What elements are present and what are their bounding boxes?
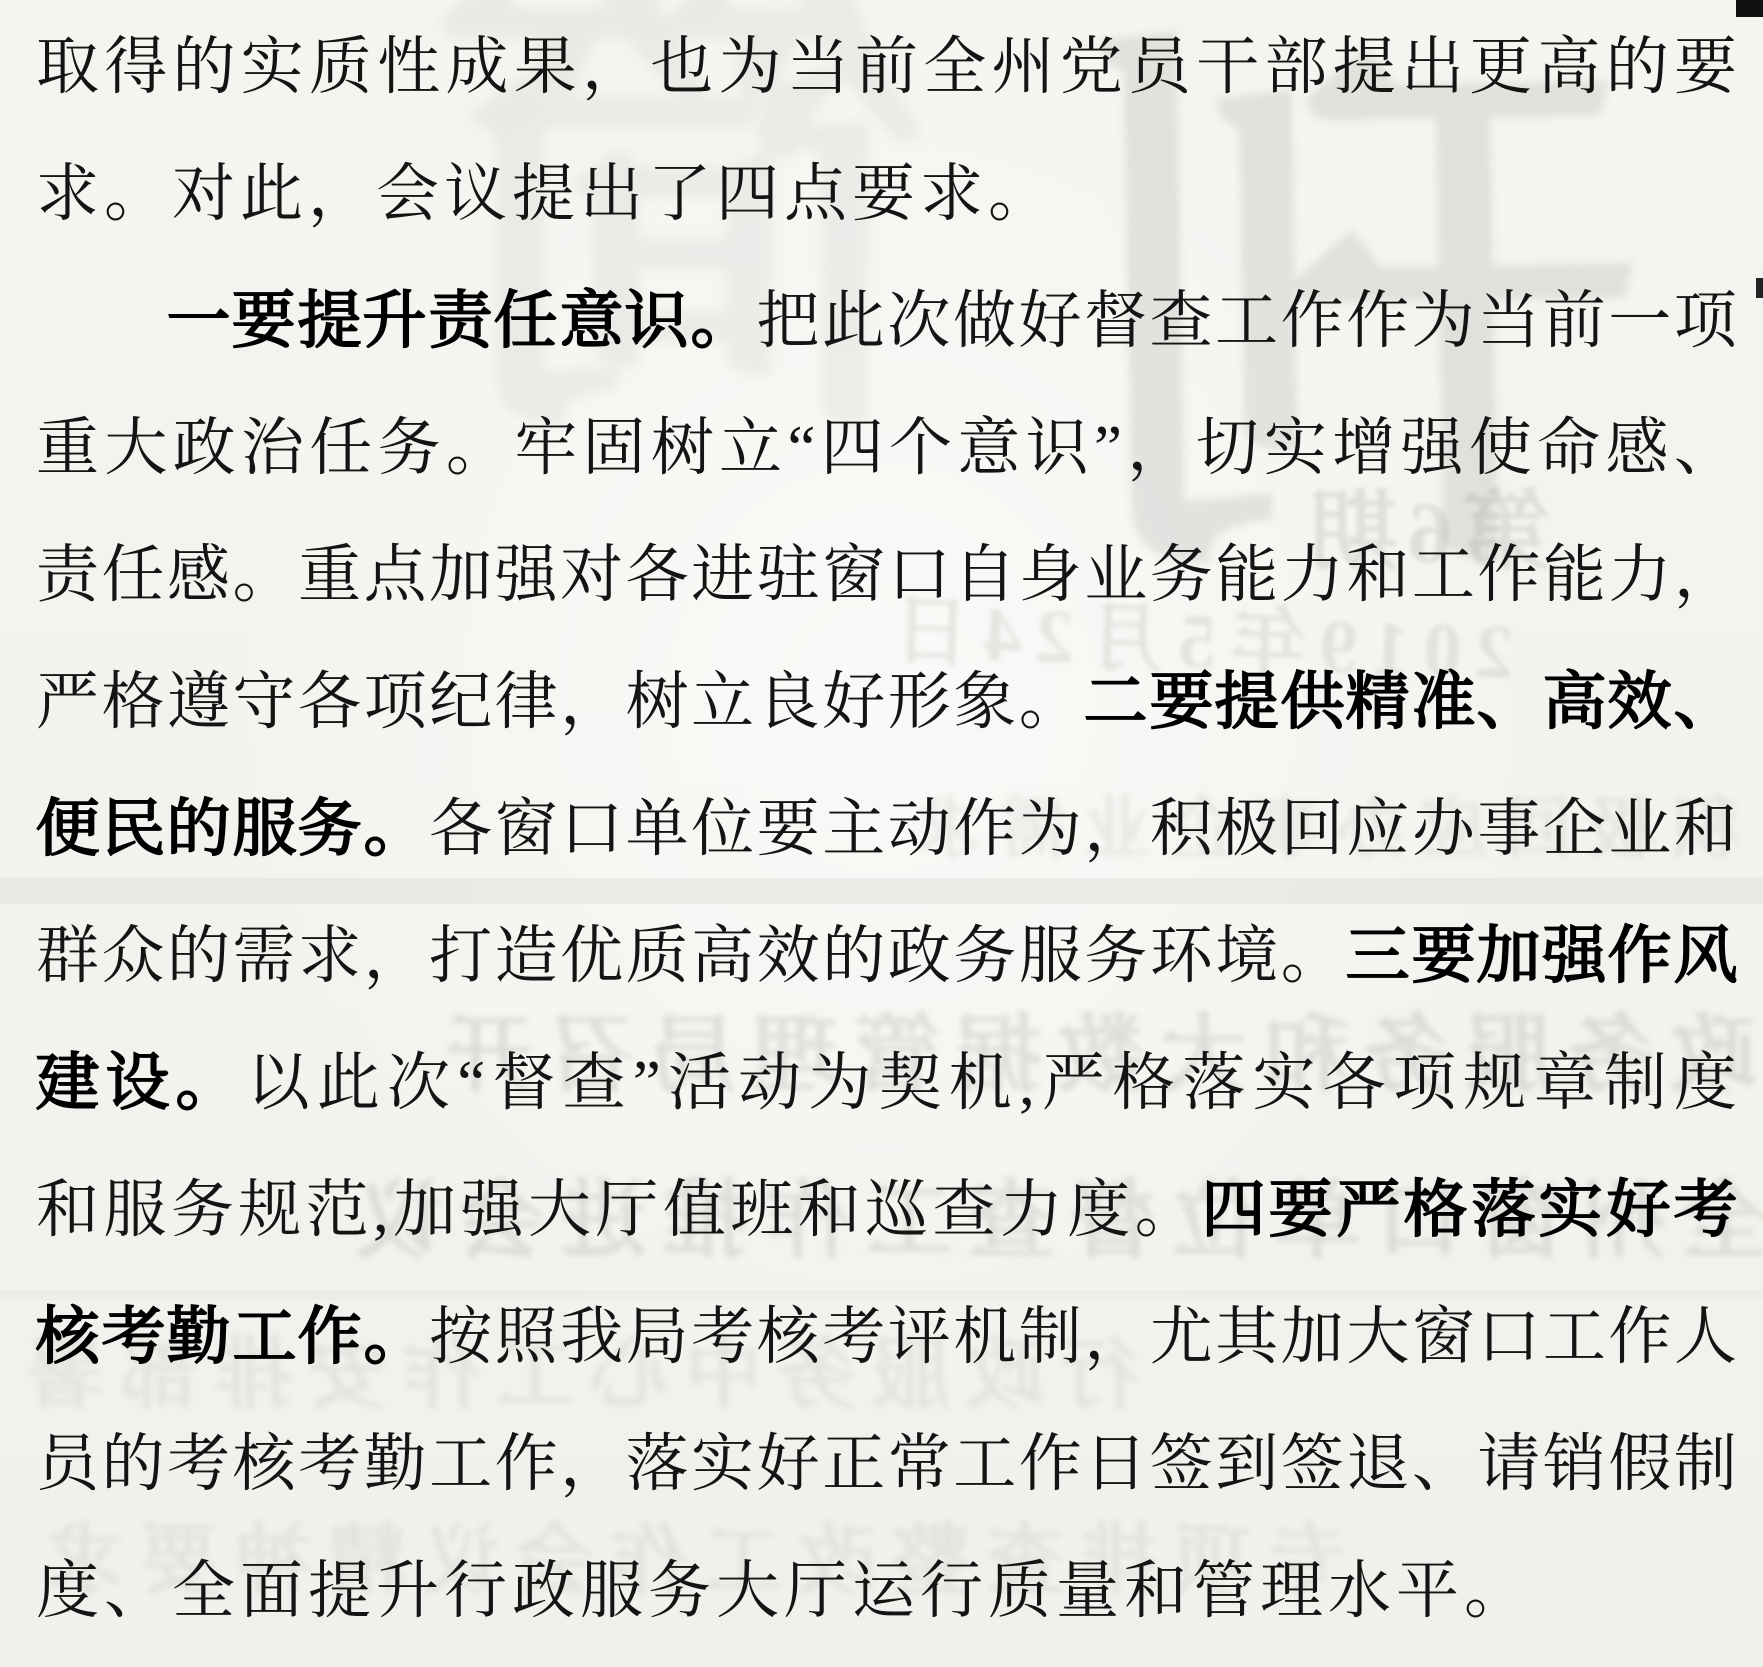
bold-char: 作 (297, 1306, 361, 1369)
bold-char: 的 (166, 798, 230, 861)
char: 规 (1463, 1052, 1526, 1115)
char: 业 (1608, 798, 1671, 861)
char: 。 (233, 544, 296, 607)
bold-char: 提 (1215, 671, 1279, 734)
char: 前 (855, 36, 918, 99)
char: 出 (580, 163, 643, 226)
char: 动 (738, 1052, 801, 1115)
char: 次 (387, 1052, 450, 1115)
char: 造 (495, 925, 558, 988)
char: 强 (461, 1179, 524, 1242)
char: 按 (429, 1306, 492, 1369)
bold-char: 强 (1542, 925, 1606, 988)
char: 实 (1253, 1052, 1316, 1115)
char: 为 (719, 36, 782, 99)
char: 治 (241, 417, 304, 480)
char: 做 (953, 290, 1016, 353)
bold-char: 作 (1608, 925, 1672, 988)
char: 树 (651, 417, 714, 480)
bold-char: 格 (1404, 1179, 1468, 1242)
text-line: 求。对此，会议提出了四点要求。 (36, 131, 1737, 258)
char: 厅 (595, 1179, 658, 1242)
char: 工 (1543, 1306, 1606, 1369)
char: 我 (560, 1306, 623, 1369)
char: 人 (1674, 1306, 1737, 1369)
char: ， (560, 671, 623, 734)
char: 应 (1346, 798, 1409, 861)
char: “ (457, 1052, 485, 1115)
text-line: 建设。以此次“督查”活动为契机,严格落实各项规章制度 (36, 1020, 1737, 1147)
char: 成 (446, 36, 509, 99)
bold-char: 勤 (166, 1306, 230, 1369)
char: 窗 (1412, 1306, 1475, 1369)
char: 核 (757, 1306, 820, 1369)
char: 务 (378, 417, 441, 480)
char: 务 (171, 1179, 234, 1242)
bold-char: 考 (1673, 1179, 1737, 1242)
char: 规 (238, 1179, 301, 1242)
char: 和 (798, 1179, 861, 1242)
char: 好 (822, 671, 885, 734)
char: 行 (444, 1560, 507, 1623)
char: 照 (495, 1306, 558, 1369)
char: 办 (1412, 798, 1475, 861)
char: 树 (626, 671, 689, 734)
char: 格 (1112, 1052, 1175, 1115)
char: 感 (1605, 417, 1668, 480)
char: 签 (1150, 1433, 1213, 1496)
char: 业 (1084, 544, 1147, 607)
bold-char: 。 (690, 290, 754, 353)
char: 力 (1281, 544, 1344, 607)
char: 环 (1150, 925, 1213, 988)
char: 的 (102, 1433, 165, 1496)
char: 加 (1281, 1306, 1344, 1369)
char: 立 (691, 671, 754, 734)
char: 口 (888, 544, 951, 607)
char: ， (1674, 544, 1737, 607)
char: 尤 (1150, 1306, 1213, 1369)
char: 的 (822, 925, 885, 988)
char: 点 (364, 544, 427, 607)
char: 求 (920, 163, 983, 226)
char: 面 (240, 1560, 303, 1623)
char: 督 (1084, 290, 1147, 353)
char: 到 (1215, 1433, 1278, 1496)
char: 。 (1019, 671, 1082, 734)
char: 水 (1328, 1560, 1391, 1623)
char: 制 (1019, 1306, 1082, 1369)
text-line: 群众的需求，打造优质高效的政务服务环境。三要加强作风 (36, 893, 1737, 1020)
char: 主 (822, 798, 885, 861)
scan-corner-mark (1736, 0, 1763, 17)
char: 前 (1543, 290, 1606, 353)
char: 高 (1538, 36, 1601, 99)
char: 工 (953, 1433, 1016, 1496)
char: 员 (36, 1433, 99, 1496)
text-line: 员的考核考勤工作，落实好正常工作日签到签退、请销假制 (36, 1401, 1737, 1528)
bold-char: 工 (232, 1306, 296, 1369)
char: 要 (852, 163, 915, 226)
char: 的 (167, 925, 230, 988)
text-line: 责任感。重点加强对各进驻窗口自身业务能力和工作能力， (36, 512, 1737, 639)
bold-char: 便 (35, 798, 99, 861)
char: 值 (663, 1179, 726, 1242)
char: 。 (446, 417, 509, 480)
bold-char: 识 (625, 290, 689, 353)
char: ， (1084, 1306, 1147, 1369)
char: 和 (1124, 1560, 1187, 1623)
bold-char: 考 (101, 1306, 165, 1369)
char: 政 (173, 417, 236, 480)
char: 为 (1019, 798, 1082, 861)
char: 加 (393, 1179, 456, 1242)
bold-char: 精 (1346, 671, 1410, 734)
char: 出 (1401, 36, 1464, 99)
char: 作 (1019, 1433, 1082, 1496)
char: 提 (512, 163, 575, 226)
char: 查 (563, 1052, 626, 1115)
char: 能 (1543, 544, 1606, 607)
char: 口 (1477, 1306, 1540, 1369)
bold-char: 要 (1269, 1179, 1333, 1242)
char: 管 (1192, 1560, 1255, 1623)
char: 度 (1067, 1179, 1130, 1242)
char: 企 (1543, 798, 1606, 861)
char: 固 (583, 417, 646, 480)
bold-char: 。 (176, 1052, 240, 1115)
char: 班 (730, 1179, 793, 1242)
char: 以 (247, 1052, 310, 1115)
char: 更 (1469, 36, 1532, 99)
bold-char: 准 (1411, 671, 1475, 734)
char: 此 (317, 1052, 380, 1115)
char: 制 (1674, 1433, 1737, 1496)
bold-char: 建 (35, 1052, 99, 1115)
char: 作 (1346, 290, 1409, 353)
char: 签 (1281, 1433, 1344, 1496)
char: 高 (691, 925, 754, 988)
char: 当 (1477, 290, 1540, 353)
char: 强 (1401, 417, 1464, 480)
char: 理 (1260, 1560, 1323, 1623)
char: 位 (691, 798, 754, 861)
bold-char: 提 (297, 290, 361, 353)
bold-char: 设 (106, 1052, 170, 1115)
char: ， (560, 1433, 623, 1496)
char: 求 (36, 163, 99, 226)
char: 群 (36, 925, 99, 988)
char: 正 (822, 1433, 885, 1496)
char: 四 (821, 417, 884, 480)
char: 大 (528, 1179, 591, 1242)
char: 回 (1281, 798, 1344, 861)
char: 大 (716, 1560, 779, 1623)
char: 议 (444, 163, 507, 226)
char: 要 (757, 798, 820, 861)
char: 命 (1537, 417, 1600, 480)
char: 对 (560, 544, 623, 607)
char: 和 (1346, 544, 1409, 607)
char: 工 (1215, 290, 1278, 353)
char: 单 (626, 798, 689, 861)
char: 极 (1215, 798, 1278, 861)
char: 作 (1608, 1306, 1671, 1369)
char: , (373, 1179, 389, 1242)
char: ， (1127, 417, 1190, 480)
char: 的 (1606, 36, 1669, 99)
char: 重 (36, 417, 99, 480)
bold-char: 意 (559, 290, 623, 353)
char: 干 (1196, 36, 1259, 99)
char: 牢 (514, 417, 577, 480)
text-line: 一要提升责任意识。把此次做好督查工作作为当前一项 (36, 258, 1737, 385)
char: 制 (1604, 1052, 1667, 1115)
bold-char: 。 (363, 1306, 427, 1369)
char: 质 (988, 1560, 1051, 1623)
char: 全 (923, 36, 986, 99)
char: 机 (949, 1052, 1012, 1115)
char: 、 (1412, 1433, 1475, 1496)
char: 运 (852, 1560, 915, 1623)
bold-char: 升 (362, 290, 426, 353)
text-line: 严格遵守各项纪律，树立良好形象。二要提供精准、高效、 (36, 639, 1737, 766)
bold-char: 一 (166, 290, 230, 353)
char: 此 (822, 290, 885, 353)
bold-char: 效 (1608, 671, 1672, 734)
bold-char: 务 (297, 798, 361, 861)
char: ， (1084, 798, 1147, 861)
char: 党 (1060, 36, 1123, 99)
char: 评 (888, 1306, 951, 1369)
char: 考 (822, 1306, 885, 1369)
char: , (1019, 1052, 1035, 1115)
char: 重 (298, 544, 361, 607)
bold-char: 、 (1673, 671, 1737, 734)
char: 项 (1393, 1052, 1456, 1115)
char: 积 (1150, 798, 1213, 861)
char: 局 (626, 1306, 689, 1369)
char: 优 (560, 925, 623, 988)
char: 效 (757, 925, 820, 988)
bold-char: 核 (35, 1306, 99, 1369)
char: 。 (988, 163, 1051, 226)
char: 能 (1215, 544, 1278, 607)
char: 纪 (429, 671, 492, 734)
text-block: 取得的实质性成果，也为当前全州党员干部提出更高的要求。对此，会议提出了四点要求。… (36, 4, 1737, 1655)
bold-char: 三 (1346, 925, 1410, 988)
char: 机 (953, 1306, 1016, 1369)
char: 州 (992, 36, 1055, 99)
char: 务 (1084, 925, 1147, 988)
char: 员 (1128, 36, 1191, 99)
char: 需 (233, 925, 296, 988)
char: 常 (888, 1433, 951, 1496)
char: 。 (1464, 1560, 1527, 1623)
char: 各 (298, 671, 361, 734)
char: 也 (650, 36, 713, 99)
char: “ (787, 417, 815, 480)
char: 口 (560, 798, 623, 861)
char: 平 (1396, 1560, 1459, 1623)
char: 和 (1674, 798, 1737, 861)
char: 质 (626, 925, 689, 988)
char: 假 (1608, 1433, 1671, 1496)
char: 督 (492, 1052, 555, 1115)
char: 项 (1674, 290, 1737, 353)
char: 此 (240, 163, 303, 226)
char: 动 (888, 798, 951, 861)
char: 政 (888, 925, 951, 988)
char: 境 (1215, 925, 1278, 988)
char: 严 (1042, 1052, 1105, 1115)
char: 好 (1018, 290, 1081, 353)
char: 果 (514, 36, 577, 99)
char: 章 (1533, 1052, 1596, 1115)
text-line: 取得的实质性成果，也为当前全州党员干部提出更高的要 (36, 4, 1737, 131)
text-line: 核考勤工作。按照我局考核考评机制，尤其加大窗口工作人 (36, 1274, 1737, 1401)
char: 各 (626, 544, 689, 607)
char: 。 (104, 163, 167, 226)
char: 求 (298, 925, 361, 988)
text-line: 便民的服务。各窗口单位要主动作为，积极回应办事企业和 (36, 766, 1737, 893)
char: 契 (879, 1052, 942, 1115)
text-line: 重大政治任务。牢固树立“四个意识”，切实增强使命感、 (36, 385, 1737, 512)
char: 考 (167, 1433, 230, 1496)
char: 会 (376, 163, 439, 226)
char: 服 (580, 1560, 643, 1623)
char: 范 (306, 1179, 369, 1242)
char: 好 (757, 1433, 820, 1496)
char: 当 (787, 36, 850, 99)
char: 日 (1084, 1433, 1147, 1496)
char: ， (582, 36, 645, 99)
char: 核 (233, 1433, 296, 1496)
char: 实 (1264, 417, 1327, 480)
char: 销 (1543, 1433, 1606, 1496)
char: 服 (1019, 925, 1082, 988)
char: 提 (308, 1560, 371, 1623)
char: ， (308, 163, 371, 226)
text-line: 和服务规范,加强大厅值班和巡查力度。四要严格落实好考 (36, 1147, 1737, 1274)
char: 厅 (784, 1560, 847, 1623)
char: 务 (648, 1560, 711, 1623)
char: 身 (1019, 544, 1082, 607)
char: 形 (888, 671, 951, 734)
char: 考 (298, 1433, 361, 1496)
char: 格 (102, 671, 165, 734)
char: 作 (953, 798, 1016, 861)
char: 为 (808, 1052, 871, 1115)
char: 把 (756, 290, 819, 353)
bold-char: 四 (1201, 1179, 1265, 1242)
char: 实 (241, 36, 304, 99)
char: 强 (495, 544, 558, 607)
char: 勤 (364, 1433, 427, 1496)
char: 自 (953, 544, 1016, 607)
char: 责 (36, 544, 99, 607)
char: 使 (1469, 417, 1532, 480)
char: 事 (1477, 798, 1540, 861)
char: 考 (691, 1306, 754, 1369)
bold-char: 服 (232, 798, 296, 861)
bold-char: 、 (1477, 671, 1541, 734)
char: 任 (309, 417, 372, 480)
char: 了 (648, 163, 711, 226)
bold-char: 责 (428, 290, 492, 353)
char: 增 (1332, 417, 1395, 480)
char: 。 (1281, 925, 1344, 988)
bold-char: 风 (1673, 925, 1737, 988)
bold-char: 加 (1477, 925, 1541, 988)
char: 、 (104, 1560, 167, 1623)
char: 窗 (822, 544, 885, 607)
char: 各 (1323, 1052, 1386, 1115)
char: 一 (1608, 290, 1671, 353)
char: 提 (1333, 36, 1396, 99)
char: ， (364, 925, 427, 988)
char: 象 (953, 671, 1016, 734)
char: 性 (377, 36, 440, 99)
char: 的 (173, 36, 236, 99)
bold-char: 供 (1280, 671, 1344, 734)
char: 次 (887, 290, 950, 353)
char: 任 (102, 544, 165, 607)
char: 务 (1150, 544, 1213, 607)
char: 窗 (495, 798, 558, 861)
char: 力 (1608, 544, 1671, 607)
char: 工 (429, 1433, 492, 1496)
char: 遵 (167, 671, 230, 734)
char: 务 (953, 925, 1016, 988)
char: 实 (691, 1433, 754, 1496)
char: 巡 (865, 1179, 928, 1242)
char: 服 (103, 1179, 166, 1242)
char: 守 (233, 671, 296, 734)
char: 部 (1265, 36, 1328, 99)
char: 四 (716, 163, 779, 226)
char: 落 (626, 1433, 689, 1496)
scan-edge-tick (1756, 278, 1763, 298)
bold-char: 二 (1084, 671, 1148, 734)
bold-char: 要 (1149, 671, 1213, 734)
char: 力 (1000, 1179, 1063, 1242)
char: 和 (36, 1179, 99, 1242)
char: 质 (309, 36, 372, 99)
char: 行 (920, 1560, 983, 1623)
char: 严 (36, 671, 99, 734)
char: 度 (36, 1560, 99, 1623)
char: 律 (495, 671, 558, 734)
char: 个 (889, 417, 952, 480)
char: 加 (429, 544, 492, 607)
char: 升 (376, 1560, 439, 1623)
bold-char: 民 (101, 798, 165, 861)
char: 要 (1674, 36, 1737, 99)
bold-char: 任 (494, 290, 558, 353)
char: 进 (691, 544, 754, 607)
char: ” (633, 1052, 661, 1115)
char: 打 (429, 925, 492, 988)
char: 点 (784, 163, 847, 226)
char: 落 (1182, 1052, 1245, 1115)
bold-char: 好 (1606, 1179, 1670, 1242)
char: 项 (364, 671, 427, 734)
text-line: 度、全面提升行政服务大厅运行质量和管理水平。 (36, 1528, 1737, 1655)
char: 活 (668, 1052, 731, 1115)
char: 众 (102, 925, 165, 988)
char: 作 (1281, 290, 1344, 353)
